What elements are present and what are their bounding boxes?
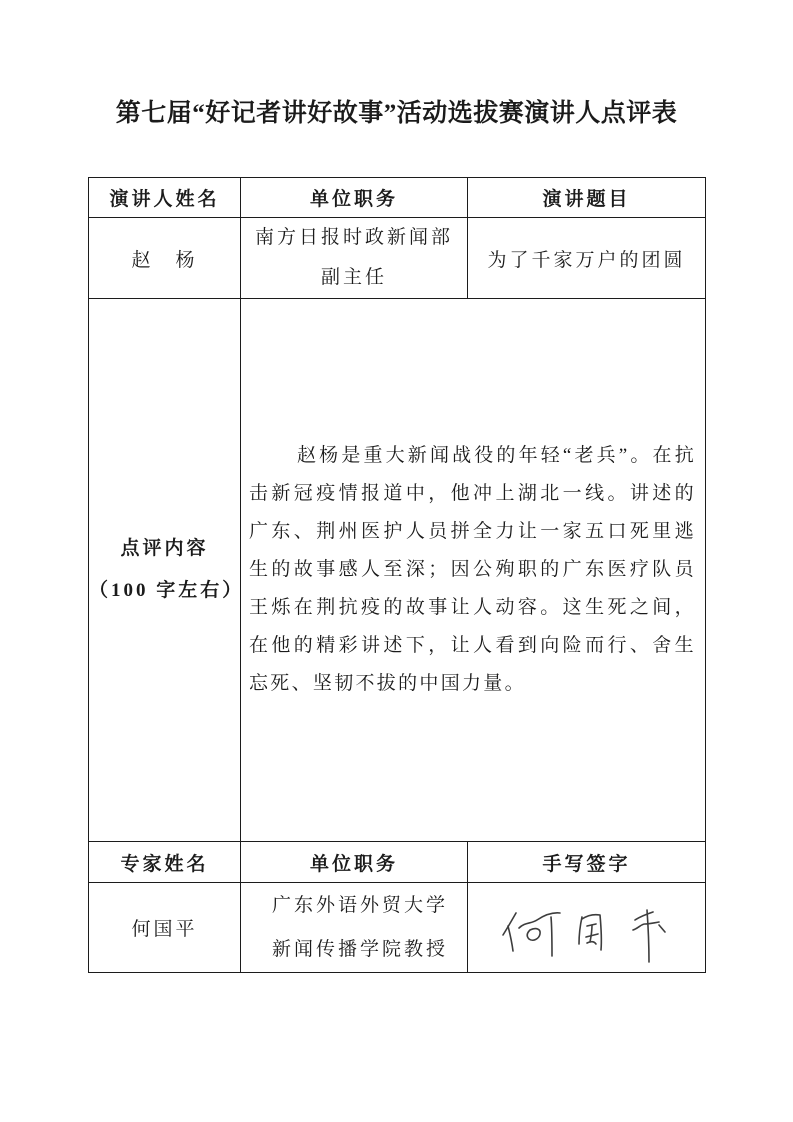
- header-speech-topic: 演讲题目: [468, 178, 706, 218]
- expert-position-line2: 新闻传播学院教授: [253, 928, 467, 972]
- expert-name-cell: 何国平: [89, 883, 241, 973]
- review-text: 赵杨是重大新闻战役的年轻“老兵”。在抗击新冠疫情报道中，他冲上湖北一线。讲述的广…: [249, 437, 696, 703]
- review-content-cell: 赵杨是重大新闻战役的年轻“老兵”。在抗击新冠疫情报道中，他冲上湖北一线。讲述的广…: [241, 299, 706, 842]
- page-title: 第七届“好记者讲好故事”活动选拔赛演讲人点评表: [0, 96, 793, 132]
- header-speaker-position: 单位职务: [241, 178, 468, 218]
- header-speaker-name: 演讲人姓名: [89, 178, 241, 218]
- review-form-table: 演讲人姓名 单位职务 演讲题目 赵 杨 南方日报时政新闻部 副主任 为了千家万户…: [88, 177, 706, 973]
- review-label-line2: （100 字左右）: [89, 570, 240, 612]
- header-expert-position: 单位职务: [241, 842, 468, 883]
- speaker-name-cell: 赵 杨: [89, 218, 241, 299]
- signature-handwriting: [492, 896, 682, 968]
- signature-cell: [468, 883, 706, 973]
- expert-header-row: 专家姓名 单位职务 手写签字: [89, 842, 706, 883]
- header-expert-name: 专家姓名: [89, 842, 241, 883]
- speaker-position-cell: 南方日报时政新闻部 副主任: [241, 218, 468, 299]
- expert-row: 何国平 广东外语外贸大学 新闻传播学院教授: [89, 883, 706, 973]
- speaker-position-line2: 副主任: [241, 258, 467, 298]
- expert-position-line1: 广东外语外贸大学: [253, 884, 467, 928]
- speaker-header-row: 演讲人姓名 单位职务 演讲题目: [89, 178, 706, 218]
- review-label-cell: 点评内容 （100 字左右）: [89, 299, 241, 842]
- speaker-row: 赵 杨 南方日报时政新闻部 副主任 为了千家万户的团圆: [89, 218, 706, 299]
- header-handwritten-signature: 手写签字: [468, 842, 706, 883]
- expert-position-cell: 广东外语外贸大学 新闻传播学院教授: [241, 883, 468, 973]
- document-page: 第七届“好记者讲好故事”活动选拔赛演讲人点评表 演讲人姓名 单位职务 演讲题目 …: [0, 0, 793, 1122]
- speaker-position-line1: 南方日报时政新闻部: [241, 218, 467, 258]
- speech-topic-cell: 为了千家万户的团圆: [468, 218, 706, 299]
- review-row: 点评内容 （100 字左右） 赵杨是重大新闻战役的年轻“老兵”。在抗击新冠疫情报…: [89, 299, 706, 842]
- review-label-line1: 点评内容: [89, 528, 240, 570]
